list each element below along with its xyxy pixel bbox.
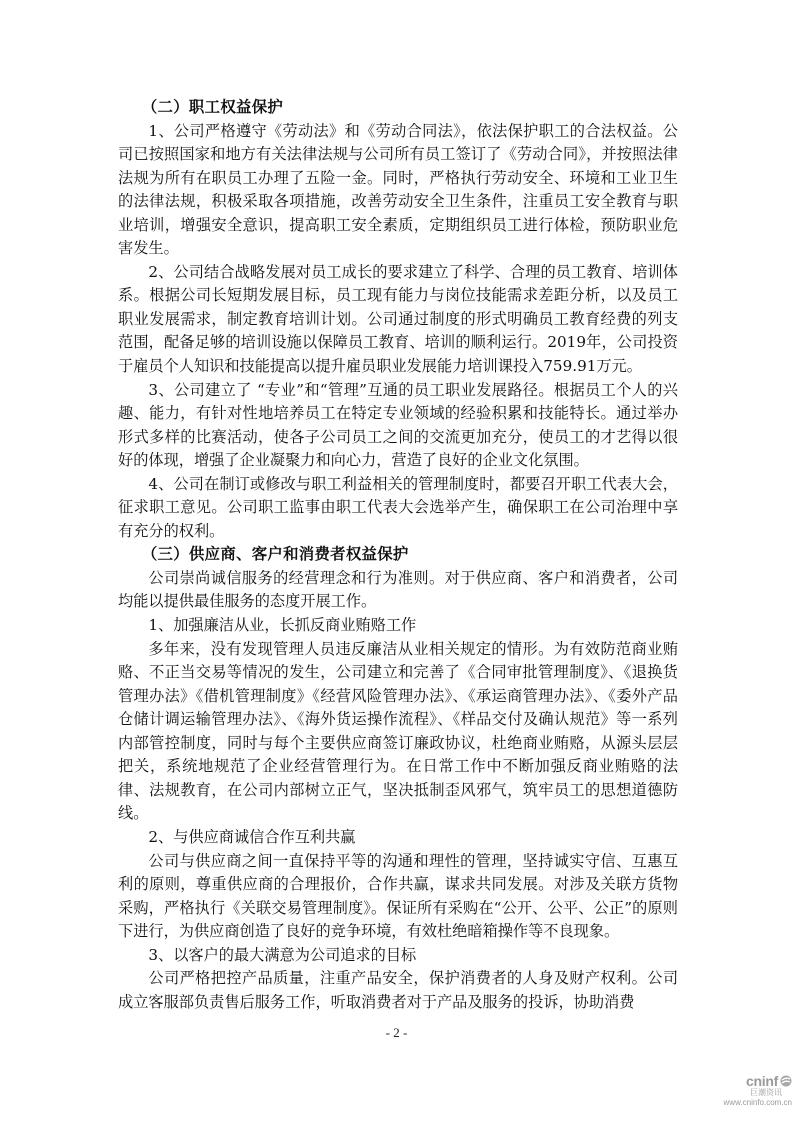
- page-body: （二）职工权益保护 1、公司严格遵守《劳动法》和《劳动合同法》，依法保护职工的合…: [118, 96, 678, 1014]
- paragraph-career-path: 3、公司建立了 “专业”和“管理”互通的员工职业发展路径。根据员工个人的兴趣、能…: [118, 379, 678, 473]
- watermark-url: www.cninfo.com.cn: [712, 1098, 792, 1108]
- watermark-brand-cn: 巨潮资讯: [712, 1088, 792, 1098]
- cninfo-watermark: cninf 巨潮资讯 www.cninfo.com.cn: [712, 1074, 792, 1108]
- subheading-customer-satisfaction: 3、以客户的最大满意为公司追求的目标: [118, 944, 678, 968]
- section-heading-stakeholder-rights: （三）供应商、客户和消费者权益保护: [118, 543, 678, 567]
- subheading-supplier-cooperation: 2、与供应商诚信合作互利共赢: [118, 826, 678, 850]
- cninfo-logo-icon: [780, 1075, 792, 1087]
- subheading-anti-bribery: 1、加强廉洁从业，长抓反商业贿赂工作: [118, 614, 678, 638]
- paragraph-anti-bribery: 多年来，没有发现管理人员违反廉洁从业相关规定的情形。为有效防范商业贿赂、不正当交…: [118, 638, 678, 826]
- paragraph-supplier-cooperation: 公司与供应商之间一直保持平等的沟通和理性的管理，坚持诚实守信、互惠互利的原则，尊…: [118, 850, 678, 944]
- watermark-brand-text: cninf: [746, 1074, 778, 1088]
- paragraph-customer-satisfaction: 公司严格把控产品质量，注重产品安全，保护消费者的人身及财产权利。公司成立客服部负…: [118, 967, 678, 1014]
- paragraph-service-philosophy: 公司崇尚诚信服务的经营理念和行为准则。对于供应商、客户和消费者，公司均能以提供最…: [118, 567, 678, 614]
- paragraph-training-system: 2、公司结合战略发展对员工成长的要求建立了科学、合理的员工教育、培训体系。根据公…: [118, 261, 678, 379]
- paragraph-labor-law: 1、公司严格遵守《劳动法》和《劳动合同法》，依法保护职工的合法权益。公司已按照国…: [118, 120, 678, 261]
- watermark-brand: cninf: [712, 1074, 792, 1088]
- document-page: （二）职工权益保护 1、公司严格遵守《劳动法》和《劳动合同法》，依法保护职工的合…: [0, 0, 793, 1122]
- paragraph-worker-congress: 4、公司在制订或修改与职工利益相关的管理制度时，都要召开职工代表大会，征求职工意…: [118, 473, 678, 544]
- page-number: - 2 -: [0, 1025, 793, 1041]
- section-heading-employee-rights: （二）职工权益保护: [118, 96, 678, 120]
